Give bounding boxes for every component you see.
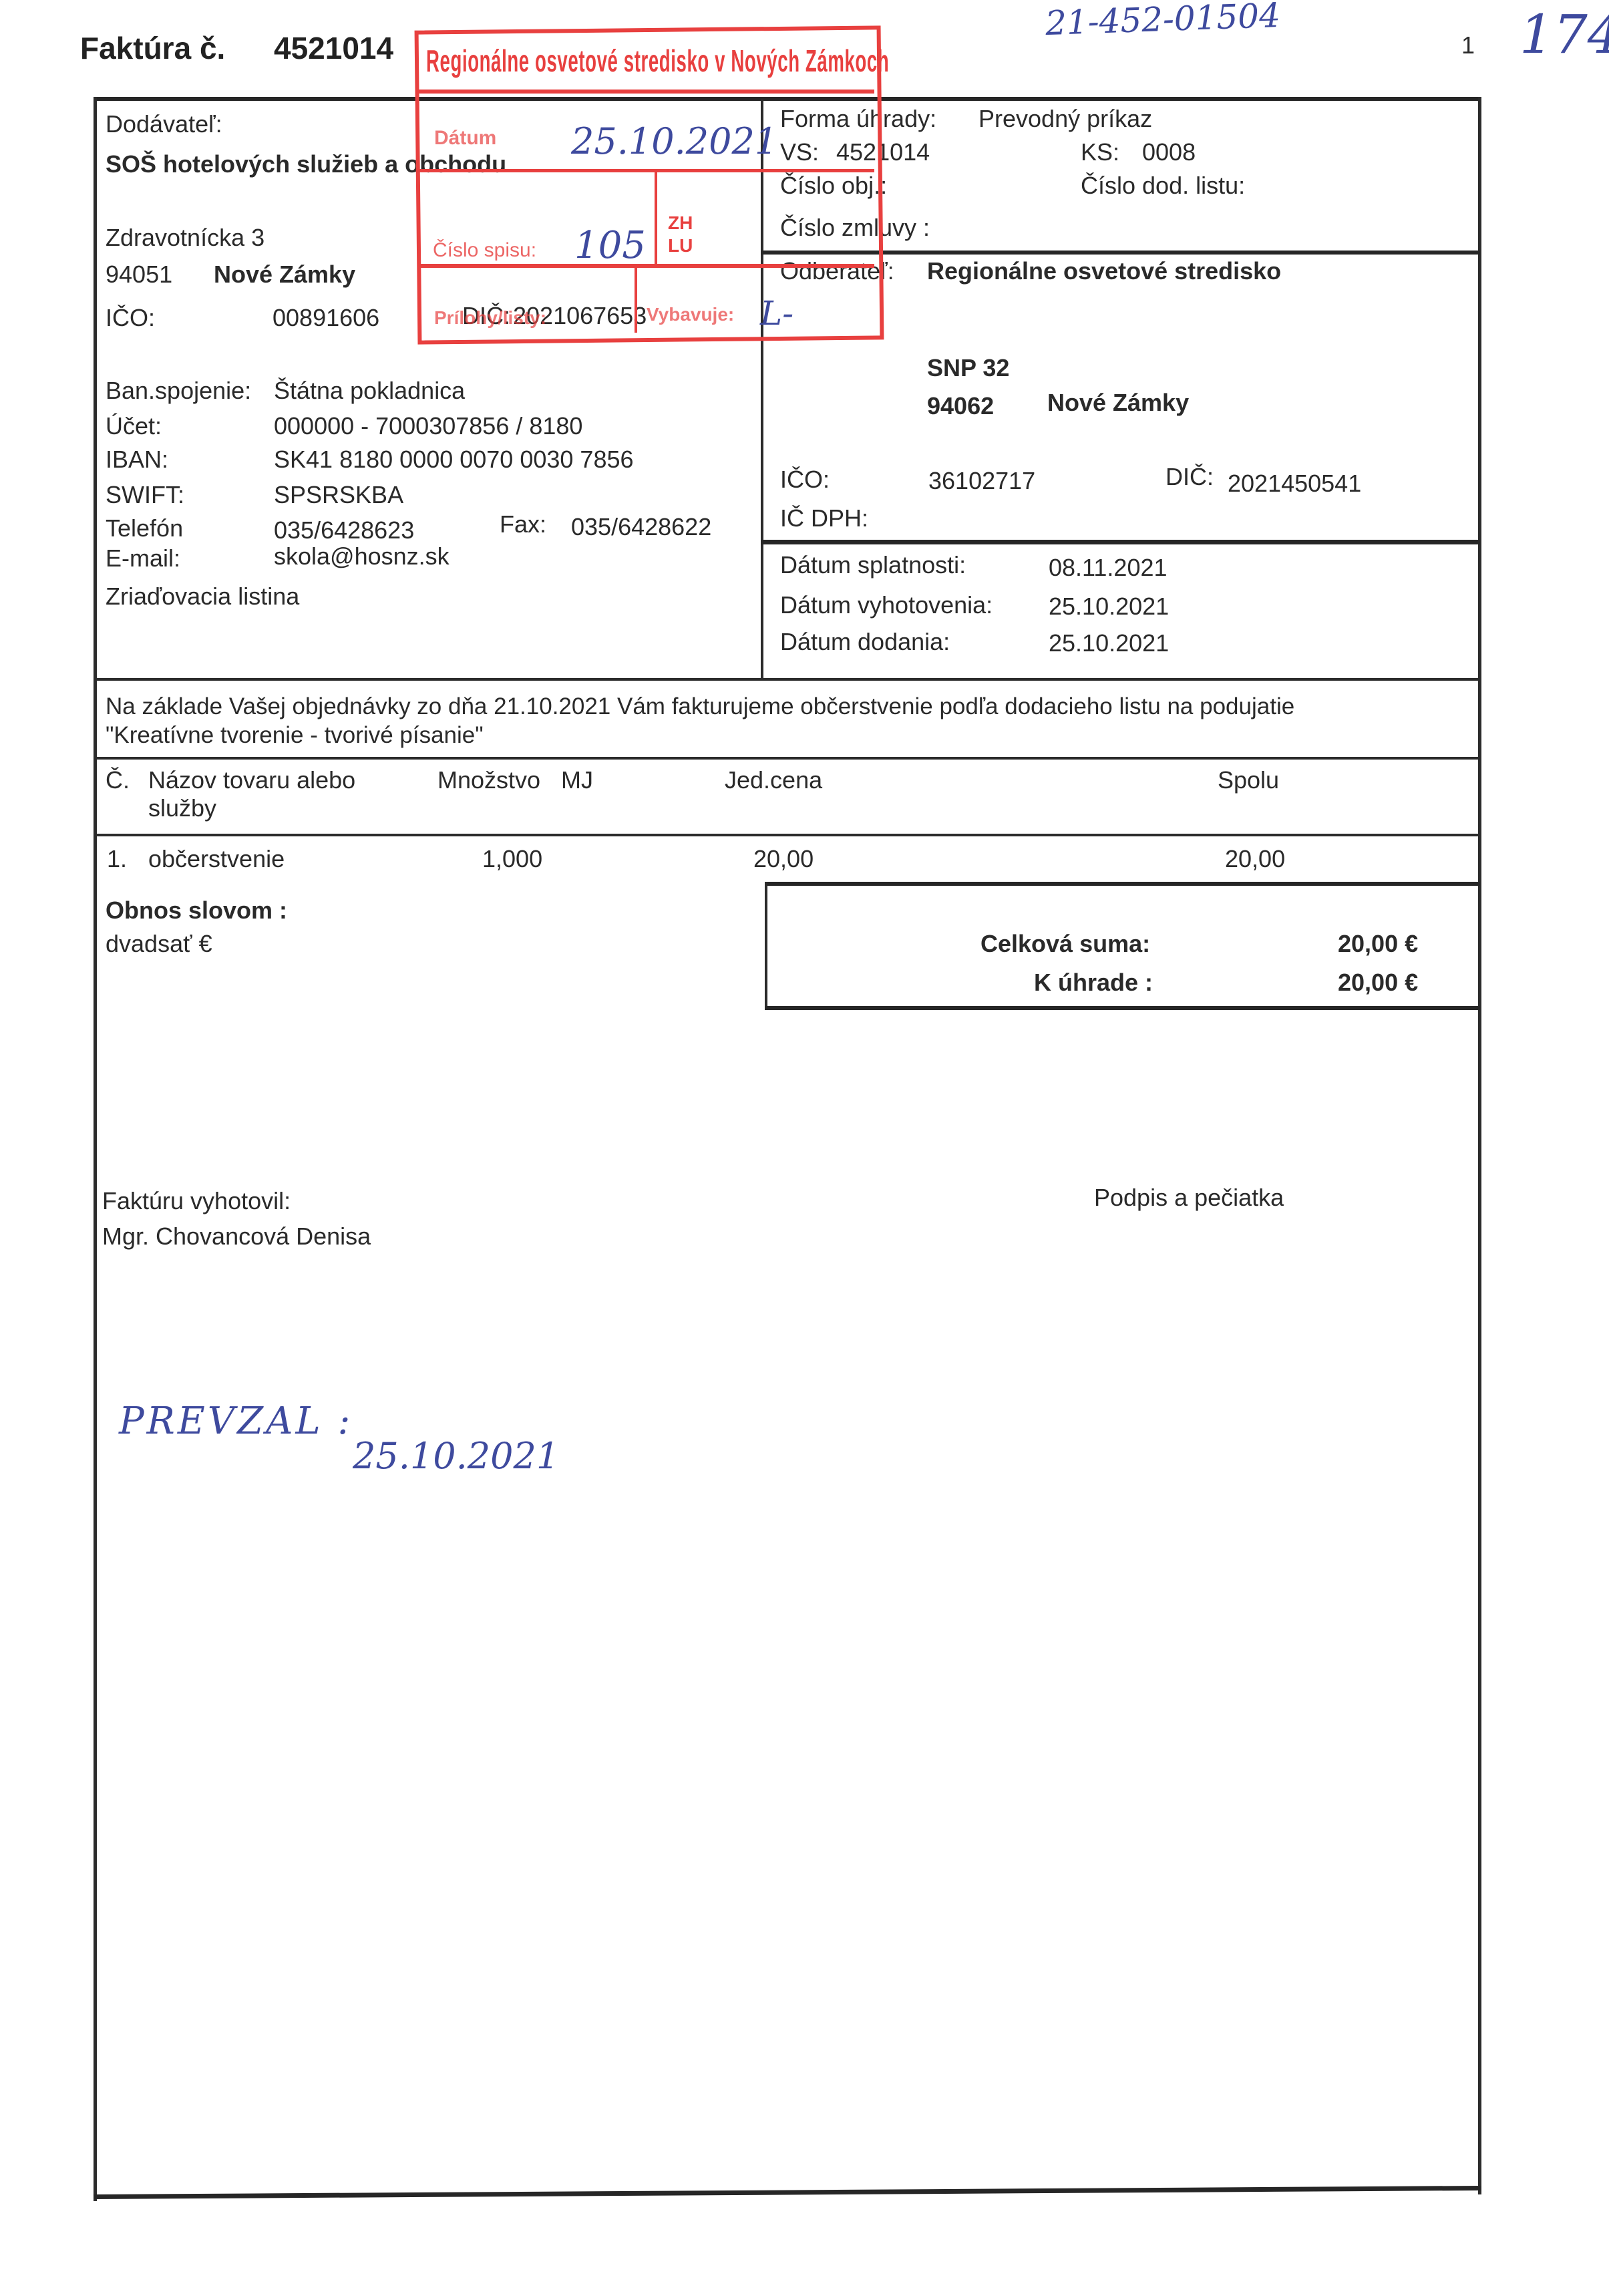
customer-street: SNP 32 bbox=[927, 356, 1009, 380]
row-no: 1. bbox=[107, 847, 127, 871]
amount-in-words: dvadsať € bbox=[106, 932, 212, 956]
handwritten-received-date: 25.10.2021 bbox=[353, 1435, 559, 1477]
supplier-swift-label: SWIFT: bbox=[106, 483, 184, 507]
supplier-account-label: Účet: bbox=[106, 414, 162, 438]
col-unit-price: Jed.cena bbox=[725, 768, 822, 792]
supplier-phone: 035/6428623 bbox=[274, 518, 414, 542]
frame-right bbox=[1478, 97, 1481, 2194]
total-sum-label: Celková suma: bbox=[980, 932, 1150, 956]
stamp-code-line2: LU bbox=[668, 235, 693, 257]
intro-text-line2: "Kreatívne tvorenie - tvorivé písanie" bbox=[106, 723, 484, 747]
amount-due-label: K úhrade : bbox=[1034, 971, 1153, 995]
row-name: občerstvenie bbox=[148, 847, 285, 871]
supplier-phone-label: Telefón bbox=[106, 516, 183, 540]
supplier-ico-label: IČO: bbox=[106, 306, 155, 330]
supplier-bank: Štátna pokladnica bbox=[274, 379, 465, 403]
issued-by-label: Faktúru vyhotovil: bbox=[102, 1189, 291, 1213]
col-name-line2: služby bbox=[148, 796, 216, 820]
col-name: Názov tovaru alebo bbox=[148, 768, 355, 792]
col-unit: MJ bbox=[561, 768, 593, 792]
amount-due: 20,00 € bbox=[1338, 971, 1418, 995]
customer-box-bottom bbox=[761, 540, 1480, 544]
totals-box-top bbox=[765, 882, 1480, 886]
row-unit-price: 20,00 bbox=[753, 847, 814, 871]
ks-label: KS: bbox=[1081, 140, 1119, 164]
supplier-email: skola@hosnz.sk bbox=[274, 544, 450, 568]
amount-in-words-label: Obnos slovom : bbox=[106, 898, 287, 923]
section-divider-table-body bbox=[94, 834, 1480, 836]
frame-bottom bbox=[94, 2186, 1481, 2199]
supplier-zip: 94051 bbox=[106, 263, 172, 287]
col-quantity: Množstvo bbox=[437, 768, 540, 792]
stamp-file-number-label: Číslo spisu: bbox=[433, 239, 536, 262]
supplier-ico: 00891606 bbox=[273, 306, 379, 330]
stamp-organization: Regionálne osvetové stredisko v Nových Z… bbox=[426, 43, 889, 79]
supplier-bank-label: Ban.spojenie: bbox=[106, 379, 251, 403]
section-divider-table-header bbox=[94, 757, 1480, 760]
supplier-street: Zdravotnícka 3 bbox=[106, 226, 264, 250]
signature-label: Podpis a pečiatka bbox=[1094, 1186, 1284, 1210]
invoice-title-label: Faktúra č. bbox=[80, 30, 225, 66]
supplier-registration: Zriaďovacia listina bbox=[106, 585, 299, 609]
stamp-handled-by-handwritten: L- bbox=[760, 294, 793, 333]
supplier-city: Nové Zámky bbox=[214, 263, 355, 287]
delivery-date: 25.10.2021 bbox=[1049, 631, 1169, 655]
stamp-file-number-handwritten: 105 bbox=[574, 224, 646, 267]
handwritten-folio: 174 bbox=[1519, 3, 1609, 65]
stamp-handled-by-label: Vybavuje: bbox=[647, 304, 734, 325]
stamp-date-handwritten: 25.10.2021 bbox=[571, 120, 777, 162]
supplier-fax-label: Fax: bbox=[500, 512, 546, 536]
section-divider-intro bbox=[94, 678, 1480, 681]
customer-zip: 94062 bbox=[927, 394, 994, 418]
due-date: 08.11.2021 bbox=[1049, 556, 1168, 580]
col-no: Č. bbox=[106, 768, 130, 792]
col-total: Spolu bbox=[1218, 768, 1279, 792]
supplier-email-label: E-mail: bbox=[106, 546, 180, 570]
supplier-iban-label: IBAN: bbox=[106, 448, 168, 472]
intro-text-line1: Na základe Vašej objednávky zo dňa 21.10… bbox=[106, 695, 1294, 718]
delivery-note-label: Číslo dod. listu: bbox=[1081, 174, 1245, 198]
supplier-account: 000000 - 7000307856 / 8180 bbox=[274, 414, 582, 438]
stamp-divider-1 bbox=[417, 90, 874, 94]
customer-name: Regionálne osvetové stredisko bbox=[927, 259, 1281, 283]
stamp-divider-3 bbox=[417, 264, 874, 268]
customer-city: Nové Zámky bbox=[1047, 391, 1189, 415]
stamp-vertical-1 bbox=[655, 170, 657, 265]
supplier-fax: 035/6428622 bbox=[571, 515, 711, 539]
supplier-label: Dodávateľ: bbox=[106, 112, 222, 136]
supplier-iban: SK41 8180 0000 0070 0030 7856 bbox=[274, 448, 634, 472]
issue-date: 25.10.2021 bbox=[1049, 595, 1169, 619]
handwritten-received-note: PREVZAL : bbox=[119, 1400, 353, 1443]
total-sum: 20,00 € bbox=[1338, 932, 1418, 956]
customer-dic: 2021450541 bbox=[1228, 472, 1361, 496]
stamp-vertical-2 bbox=[635, 266, 637, 333]
totals-box-bottom bbox=[765, 1006, 1480, 1010]
page-number: 1 bbox=[1461, 33, 1475, 57]
issue-date-label: Dátum vyhotovenia: bbox=[780, 593, 993, 617]
customer-icdph-label: IČ DPH: bbox=[780, 506, 868, 530]
delivery-date-label: Dátum dodania: bbox=[780, 630, 950, 654]
due-date-label: Dátum splatnosti: bbox=[780, 553, 966, 577]
frame-left bbox=[94, 97, 97, 2201]
row-quantity: 1,000 bbox=[482, 847, 542, 871]
stamp-attachments-label: Prílohy/listy: bbox=[434, 307, 546, 329]
stamp-code-line1: ZH bbox=[668, 212, 693, 234]
stamp-divider-2 bbox=[417, 169, 874, 172]
handwritten-reference: 21-452-01504 bbox=[1045, 0, 1281, 43]
row-total: 20,00 bbox=[1225, 847, 1285, 871]
ks-value: 0008 bbox=[1142, 140, 1196, 164]
customer-ico: 36102717 bbox=[928, 469, 1035, 493]
payment-method: Prevodný príkaz bbox=[978, 107, 1152, 131]
stamp-date-label: Dátum bbox=[434, 127, 496, 150]
customer-dic-label: DIČ: bbox=[1166, 465, 1214, 489]
customer-ico-label: IČO: bbox=[780, 468, 830, 492]
totals-box-left bbox=[765, 882, 767, 1010]
invoice-number: 4521014 bbox=[274, 30, 393, 66]
supplier-swift: SPSRSKBA bbox=[274, 483, 403, 507]
issued-by: Mgr. Chovancová Denisa bbox=[102, 1224, 371, 1249]
